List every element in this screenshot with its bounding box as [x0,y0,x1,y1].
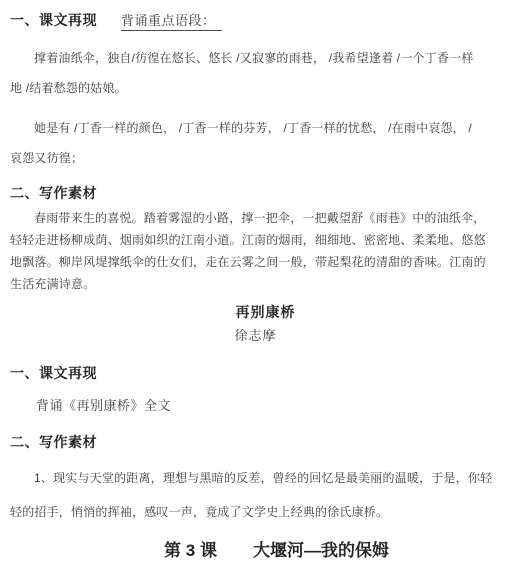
writing-material-paragraph: 春雨带来生的喜悦。踏着雾湿的小路，撑一把伞，一把戴望舒《雨巷》中的油纸伞， 轻轻… [10,207,501,295]
recite-instruction: 背诵《再别康桥》全文 [10,398,501,414]
next-lesson-heading: 第 3 课大堰河—我的保姆 [10,541,501,561]
recite-paragraph-1: 撑着油纸伞，独自/彷徨在悠长、悠长 /又寂寥的雨巷， /我希望逢着 /一个丁香一… [10,43,501,103]
section-heading-text-reproduction: 一、课文再现 [10,12,97,28]
section-heading-writing-material: 二、写作素材 [10,185,501,201]
document-page: 一、课文再现背诵重点语段： 撑着油纸伞，独自/彷徨在悠长、悠长 /又寂寥的雨巷，… [0,0,509,566]
poem-author: 徐志摩 [10,328,501,344]
poem-title: 再别康桥 [10,304,501,320]
section-heading-text-reproduction: 一、课文再现 [10,365,501,381]
lesson-name: 大堰河—我的保姆 [253,541,389,560]
section-row-recite: 一、课文再现背诵重点语段： [10,12,501,29]
section-heading-writing-material: 二、写作素材 [10,434,501,450]
recite-paragraph-2: 她是有 /丁香一样的颜色， /丁香一样的芬芳， /丁香一样的忧愁， /在雨中哀怨… [10,113,501,173]
recite-key-passage-note: 背诵重点语段： [121,13,222,31]
lesson-number: 第 3 课 [164,541,217,560]
writing-material-paragraph: 1、现实与天堂的距离，理想与黑暗的反差，曾经的回忆是最美丽的温暖，于是，你轻 轻… [10,461,501,529]
